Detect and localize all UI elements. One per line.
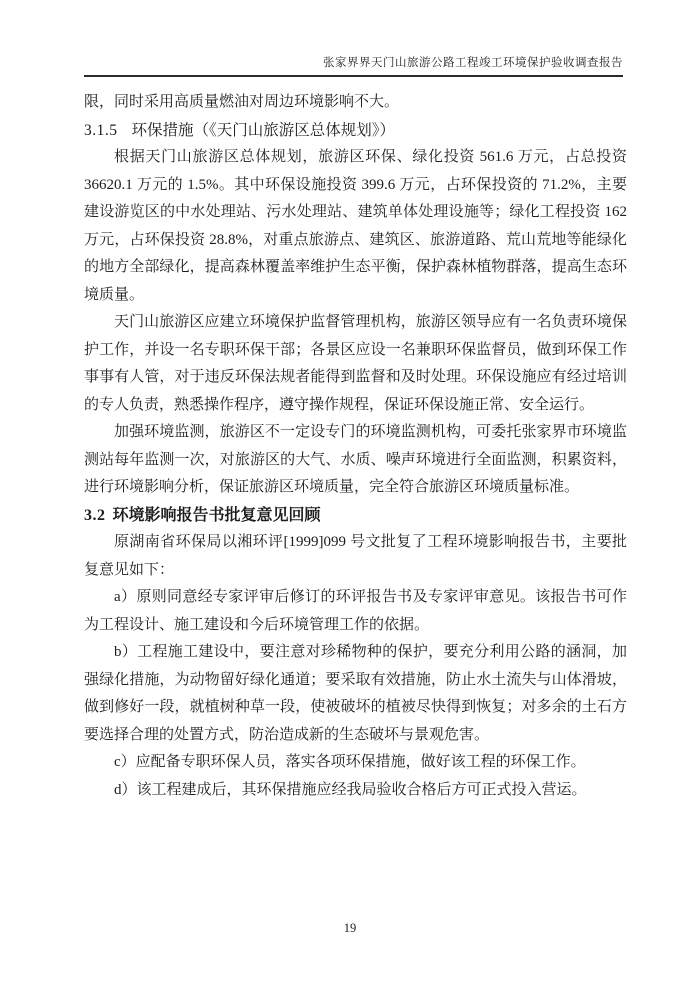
page-number: 19	[344, 921, 357, 935]
section-number: 3.1.5	[84, 122, 118, 139]
section-heading-3-2: 3.2环境影响报告书批复意见回顾	[84, 502, 627, 530]
section-title: 环保措施（《天门山旅游区总体规划》）	[132, 122, 396, 139]
continuation-paragraph: 限，同时采用高质量燃油对周边环境影响不大。	[84, 89, 627, 117]
page-header: 张家界界天门山旅游公路工程竣工环境保护验收调查报告	[84, 55, 623, 77]
page-footer: 19	[0, 920, 700, 936]
body-paragraph: 天门山旅游区应建立环境保护监督管理机构，旅游区领导应有一名负责环境保护工作，并设…	[84, 309, 627, 419]
section-number: 3.2	[84, 507, 106, 524]
page-body: 限，同时采用高质量燃油对周边环境影响不大。 3.1.5环保措施（《天门山旅游区总…	[84, 89, 627, 804]
reply-item-d: d）该工程建成后，其环保措施应经我局验收合格后方可正式投入营运。	[84, 777, 627, 805]
reply-item-a: a）原则同意经专家评审后修订的环评报告书及专家评审意见。该报告书可作为工程设计、…	[84, 584, 627, 639]
body-paragraph: 原湖南省环保局以湘环评[1999]099 号文批复了工程环境影响报告书，主要批复…	[84, 529, 627, 584]
section-heading-3-1-5: 3.1.5环保措施（《天门山旅游区总体规划》）	[84, 117, 627, 145]
body-paragraph: 根据天门山旅游区总体规划，旅游区环保、绿化投资 561.6 万元，占总投资 36…	[84, 144, 627, 309]
reply-item-c: c）应配备专职环保人员，落实各项环保措施，做好该工程的环保工作。	[84, 749, 627, 777]
reply-item-b: b）工程施工建设中，要注意对珍稀物种的保护，要充分利用公路的涵洞，加强绿化措施，…	[84, 639, 627, 749]
section-title: 环境影响报告书批复意见回顾	[113, 507, 321, 524]
document-page: 张家界界天门山旅游公路工程竣工环境保护验收调查报告 限，同时采用高质量燃油对周边…	[0, 0, 700, 990]
body-paragraph: 加强环境监测，旅游区不一定设专门的环境监测机构，可委托张家界市环境监测站每年监测…	[84, 419, 627, 502]
running-title: 张家界界天门山旅游公路工程竣工环境保护验收调查报告	[323, 57, 623, 69]
